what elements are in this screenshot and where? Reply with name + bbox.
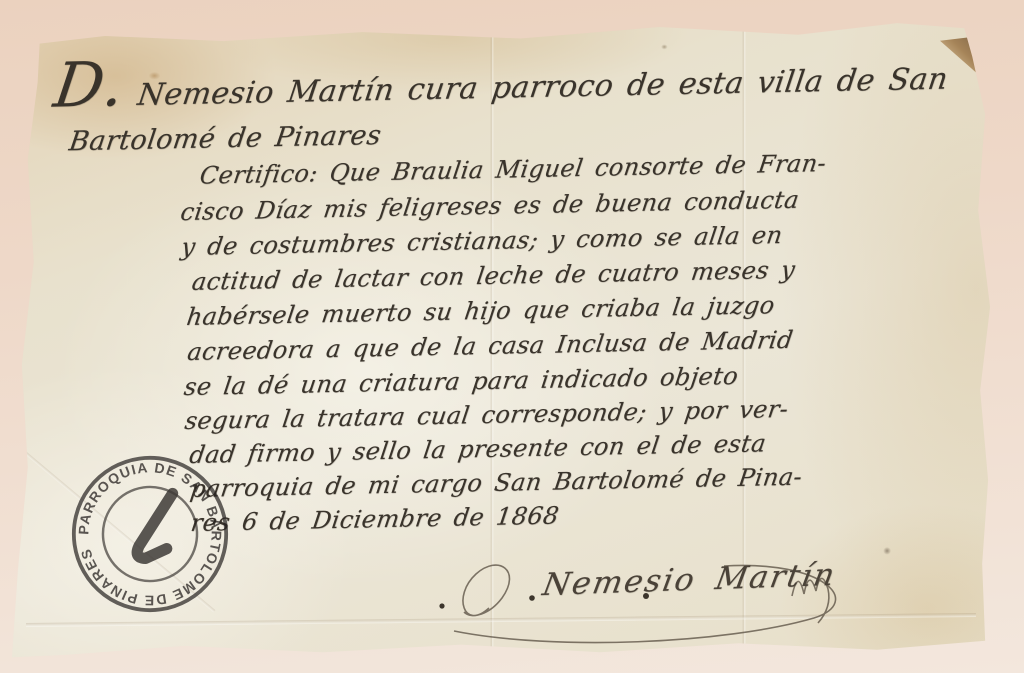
handwritten-line: se la dé una criatura para indicado obje…: [182, 362, 740, 401]
signature-block: Nemesio Martín: [394, 536, 894, 651]
handwritten-line: y de costumbres cristianas; y como se al…: [180, 221, 785, 261]
handwritten-line: actitud de lactar con leche de cuatro me…: [190, 256, 797, 296]
handwritten-line: cisco Díaz mis feligreses es de buena co…: [179, 186, 801, 226]
manuscript-paper: D. Nemesio Martín cura parroco de esta v…: [6, 18, 996, 660]
handwritten-line: Certifico: Que Braulia Miguel consorte d…: [198, 149, 828, 190]
handwritten-line: parroquia de mi cargo San Bartolomé de P…: [188, 463, 804, 503]
document-photo: D. Nemesio Martín cura parroco de esta v…: [0, 0, 1024, 673]
parish-seal: PARROQUIA DE SAN BARTOLOME DE PINARES •: [55, 435, 246, 633]
handwritten-line: acreedora a que de la casa Inclusa de Ma…: [186, 326, 795, 366]
handwritten-line: dad firmo y sello la presente con el de …: [188, 429, 768, 469]
handwritten-line: segura la tratara cual corresponde; y po…: [183, 395, 790, 435]
handwritten-line: D. Nemesio Martín cura parroco de esta v…: [51, 47, 952, 115]
handwritten-line: habérsele muerto su hijo que criaba la j…: [185, 291, 777, 331]
handwritten-line: Bartolomé de Pinares: [67, 120, 383, 157]
flaying-knife-icon: [130, 494, 181, 560]
handwritten-line: res 6 de Diciembre de 1868: [189, 501, 561, 536]
